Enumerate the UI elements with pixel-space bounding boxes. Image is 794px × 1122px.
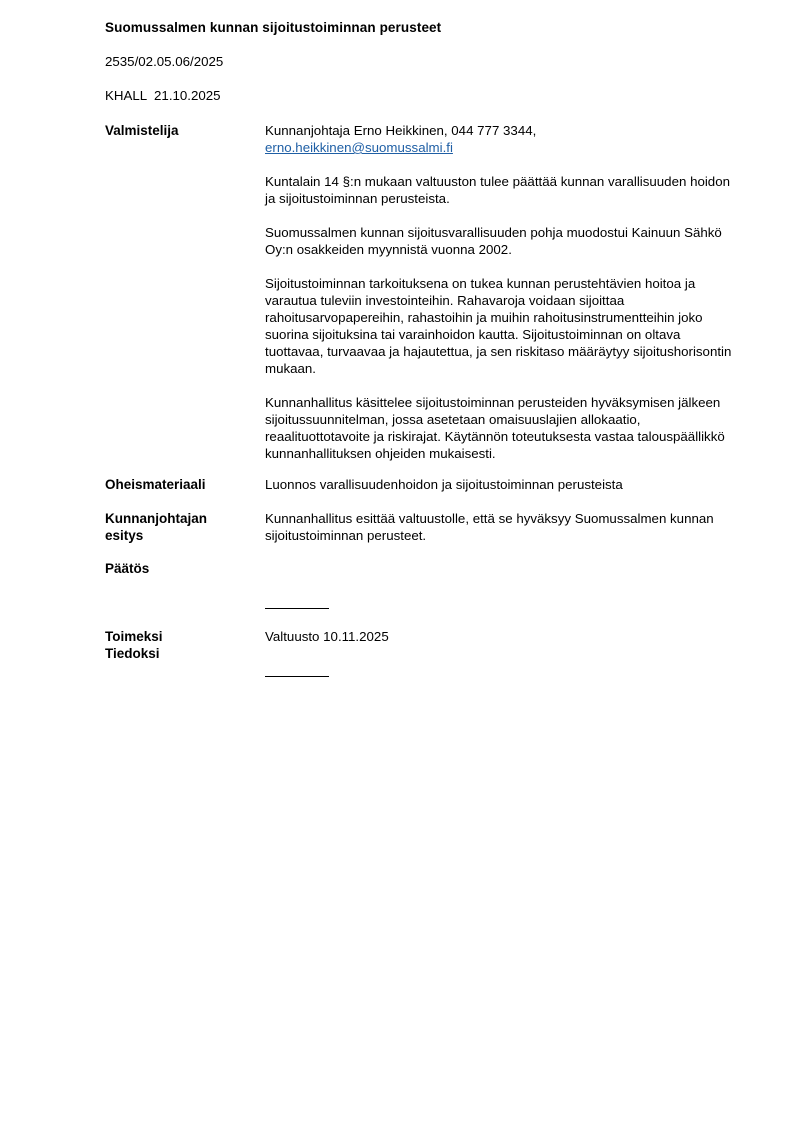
paragraph: Kuntalain 14 §:n mukaan valtuuston tulee… [265, 173, 735, 207]
label-line: Toimeksi [105, 628, 163, 645]
label-oheismateriaali: Oheismateriaali [105, 476, 206, 493]
paragraph: Sijoitustoiminnan tarkoituksena on tukea… [265, 275, 735, 377]
preparer-name: Kunnanjohtaja Erno Heikkinen, 044 777 33… [265, 122, 735, 139]
divider-line [265, 676, 329, 677]
preparer-block: Kunnanjohtaja Erno Heikkinen, 044 777 33… [265, 122, 735, 156]
label-line: esitys [105, 527, 207, 544]
label-paatos: Päätös [105, 560, 149, 577]
label-valmistelija: Valmistelija [105, 122, 179, 139]
reference-number: 2535/02.05.06/2025 [105, 54, 223, 69]
label-toimeksi-tiedoksi: Toimeksi Tiedoksi [105, 628, 163, 662]
label-line: Kunnanjohtajan [105, 510, 207, 527]
paragraph: Kunnanhallitus käsittelee sijoitustoimin… [265, 394, 735, 462]
preparer-email-link[interactable]: erno.heikkinen@suomussalmi.fi [265, 140, 453, 155]
toimeksi-text: Valtuusto 10.11.2025 [265, 628, 735, 645]
oheismateriaali-text: Luonnos varallisuudenhoidon ja sijoitust… [265, 476, 735, 493]
meeting-info: KHALL 21.10.2025 [105, 88, 221, 103]
document-title: Suomussalmen kunnan sijoitustoiminnan pe… [105, 20, 441, 35]
valmistelija-content: Kunnanjohtaja Erno Heikkinen, 044 777 33… [265, 122, 735, 462]
divider-line [265, 608, 329, 609]
label-line: Tiedoksi [105, 645, 163, 662]
paragraph: Suomussalmen kunnan sijoitusvarallisuude… [265, 224, 735, 258]
esitys-text: Kunnanhallitus esittää valtuustolle, ett… [265, 510, 735, 544]
label-kunnanjohtajan-esitys: Kunnanjohtajan esitys [105, 510, 207, 544]
